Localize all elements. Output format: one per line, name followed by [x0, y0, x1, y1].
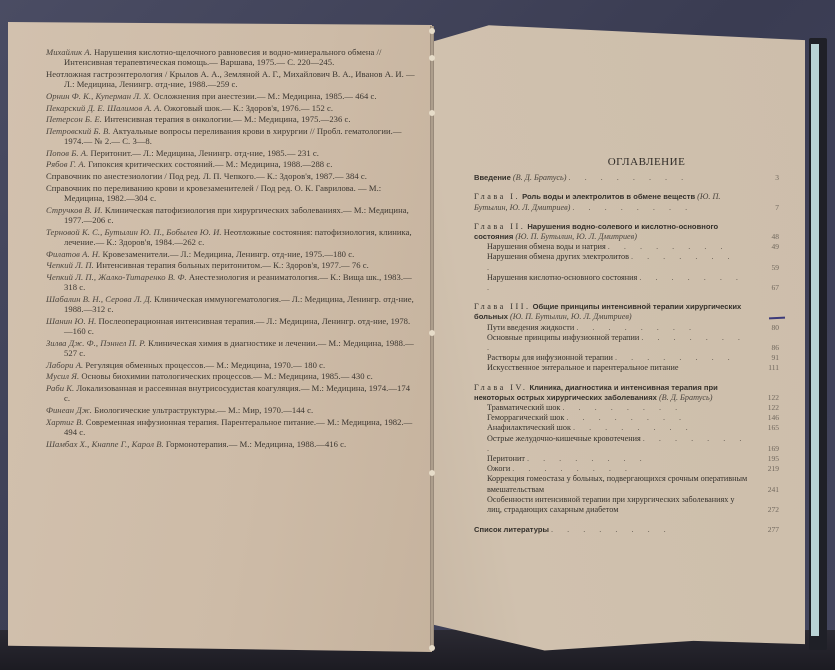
page-number: 91 — [755, 353, 779, 363]
page-number: 7 — [755, 203, 779, 213]
page-number: 169 — [755, 444, 779, 454]
table-of-contents: ОГЛАВЛЕНИЕ Введение (В. Д. Братусь) . . … — [474, 157, 779, 536]
binding-stitch — [429, 645, 435, 651]
page-number: 59 — [755, 263, 779, 273]
page-number: 277 — [755, 525, 779, 535]
binding-stitch — [429, 28, 435, 34]
bibliography-entry: Неотложная гастроэнтерология / Крылов А.… — [46, 69, 418, 90]
bibliography-entry: Чепкий Л. П. Интенсивная терапия больных… — [46, 260, 418, 270]
bibliography-entry: Хартиг В. Современная инфузионная терапи… — [46, 417, 418, 438]
page-number: 67 — [755, 283, 779, 293]
toc-section: Травматический шок . . . . . . . .122 — [474, 403, 779, 413]
toc-section: Нарушения обмена других электролитов . .… — [474, 252, 779, 272]
page-number: 272 — [755, 505, 779, 515]
toc-section: Растворы для инфузионной терапии . . . .… — [474, 353, 779, 363]
page-number: 165 — [755, 423, 779, 433]
page-number: 241 — [755, 485, 779, 495]
cover-inner-edge — [811, 44, 819, 636]
bibliography-entry: Терновой К. С., Бутылин Ю. П., Бобылев Ю… — [46, 227, 418, 248]
toc-section: Острые желудочно-кишечные кровотечения .… — [474, 434, 779, 454]
toc-section: Геморрагический шок . . . . . . . .146 — [474, 413, 779, 423]
toc-section: Основные принципы инфузионной терапии . … — [474, 333, 779, 353]
bibliography-entry: Раби К. Локализованная и рассеянная внут… — [46, 383, 418, 404]
book-cover-edge — [809, 38, 827, 650]
toc-title: ОГЛАВЛЕНИЕ — [514, 157, 779, 167]
bibliography-entry: Пекарский Д. Е. Шалимов А. А. Ожоговый ш… — [46, 103, 418, 113]
toc-section: Перитонит . . . . . . . .195 — [474, 454, 779, 464]
toc-chapter: Глава III. Общие принципы интенсивной те… — [474, 302, 779, 322]
binding-stitch — [429, 55, 435, 61]
page-number: 80 — [755, 323, 779, 333]
page-number: 111 — [755, 363, 779, 373]
bibliography-entry: Попов Б. А. Перитонит.— Л.: Медицина, Ле… — [46, 148, 418, 158]
toc-references: Список литературы . . . . . . . . 277 — [474, 525, 779, 535]
toc-section: Ожоги . . . . . . . .219 — [474, 464, 779, 474]
bibliography-entry: Орнин Ф. К., Куперман Л. Х. Осложнения п… — [46, 91, 418, 101]
page-number: 122 — [755, 403, 779, 413]
page-number: 195 — [755, 454, 779, 464]
binding-stitch — [429, 330, 435, 336]
toc-section: Нарушения кислотно-основного состояния .… — [474, 273, 779, 293]
toc-chapter: Глава I. Роль воды и электролитов в обме… — [474, 192, 779, 212]
binding-stitch — [429, 470, 435, 476]
bibliography-entry: Шабалин В. Н., Серова Л. Д. Клиническая … — [46, 294, 418, 315]
bibliography-entry: Справочник по переливанию крови и кровез… — [46, 183, 418, 204]
bibliography-entry: Стручков В. И. Клиническая патофизиологи… — [46, 205, 418, 226]
bibliography-entry: Петерсон Б. Е. Интенсивная терапия в онк… — [46, 114, 418, 124]
bibliography-entry: Шамбах Х., Кнаппе Г., Карол В. Гормоноте… — [46, 439, 418, 449]
page-number: 86 — [755, 343, 779, 353]
binding-stitch — [429, 110, 435, 116]
bibliography-list: Михайлик А. Нарушения кислотно-щелочного… — [46, 47, 418, 450]
page-number: 122 — [755, 393, 779, 403]
page-number: 146 — [755, 413, 779, 423]
page-number: 48 — [755, 232, 779, 242]
bibliography-entry: Михайлик А. Нарушения кислотно-щелочного… — [46, 47, 418, 68]
toc-section: Коррекция гомеостаза у больных, подверга… — [474, 474, 779, 494]
bibliography-entry: Финеан Дж. Биологические ультраструктуры… — [46, 405, 418, 415]
bibliography-entry: Зилва Дж. Ф., Пэннел П. Р. Клиническая х… — [46, 338, 418, 359]
bibliography-entry: Чепкий Л. П., Жалко-Титаренко В. Ф. Анес… — [46, 272, 418, 293]
toc-section: Анафилактический шок . . . . . . . .165 — [474, 423, 779, 433]
page-number: 219 — [755, 464, 779, 474]
page-number: 3 — [755, 173, 779, 183]
toc-section: Искусственное энтеральное и парентеральн… — [474, 363, 779, 373]
page-number: 49 — [755, 242, 779, 252]
bibliography-entry: Рябов Г. А. Гипоксия критических состоян… — [46, 159, 418, 169]
toc-section: Особенности интенсивной терапии при хиру… — [474, 495, 779, 515]
bibliography-entry: Справочник по анестезиологии / Под ред. … — [46, 171, 418, 181]
book-spine — [430, 26, 434, 646]
toc-chapter: Глава IV. Клиника, диагностика и интенси… — [474, 383, 779, 403]
bibliography-entry: Филатов А. Н. Кровезаменители.— Л.: Меди… — [46, 249, 418, 259]
toc-chapter: Глава II. Нарушения водно-солевого и кис… — [474, 222, 779, 242]
toc-section: Пути введения жидкости . . . . . . . .80 — [474, 323, 779, 333]
bibliography-entry: Мусил Я. Основы биохимии патологических … — [46, 371, 418, 381]
toc-section: Нарушения обмена воды и натрия . . . . .… — [474, 242, 779, 252]
toc-intro: Введение (В. Д. Братусь) . . . . . . . .… — [474, 173, 779, 183]
bibliography-entry: Лабори А. Регуляция обменных процессов.—… — [46, 360, 418, 370]
bibliography-entry: Петровский Б. В. Актуальные вопросы пере… — [46, 126, 418, 147]
bibliography-entry: Шанин Ю. Н. Послеоперационная интенсивна… — [46, 316, 418, 337]
